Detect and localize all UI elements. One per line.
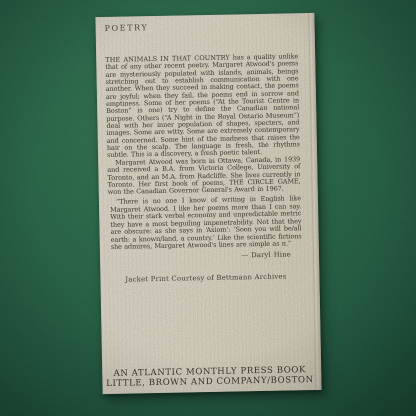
photo-background: POETRY THE ANIMALS IN THAT COUNTRY has a… [0, 0, 416, 416]
blurb-text: has a quality unlike that of any other r… [105, 52, 300, 159]
bio-paragraph: Margaret Atwood was born in Ottawa, Cana… [107, 156, 301, 196]
book-back-cover: POETRY THE ANIMALS IN THAT COUNTRY has a… [95, 13, 321, 394]
quote-attribution: — Daryl Hine [111, 251, 302, 262]
blurb-paragraph: THE ANIMALS IN THAT COUNTRY has a qualit… [105, 53, 300, 159]
review-block: “There is no one I know of writing in En… [110, 195, 302, 262]
publisher-imprint: AN ATLANTIC MONTHLY PRESS BOOK LITTLE, B… [102, 365, 317, 390]
genre-label: POETRY [105, 23, 149, 33]
review-quote: “There is no one I know of writing in En… [110, 195, 302, 251]
back-cover-copy: THE ANIMALS IN THAT COUNTRY has a qualit… [105, 53, 301, 196]
jacket-credit: Jacket Print Courtesy of Bettmann Archiv… [100, 272, 311, 284]
